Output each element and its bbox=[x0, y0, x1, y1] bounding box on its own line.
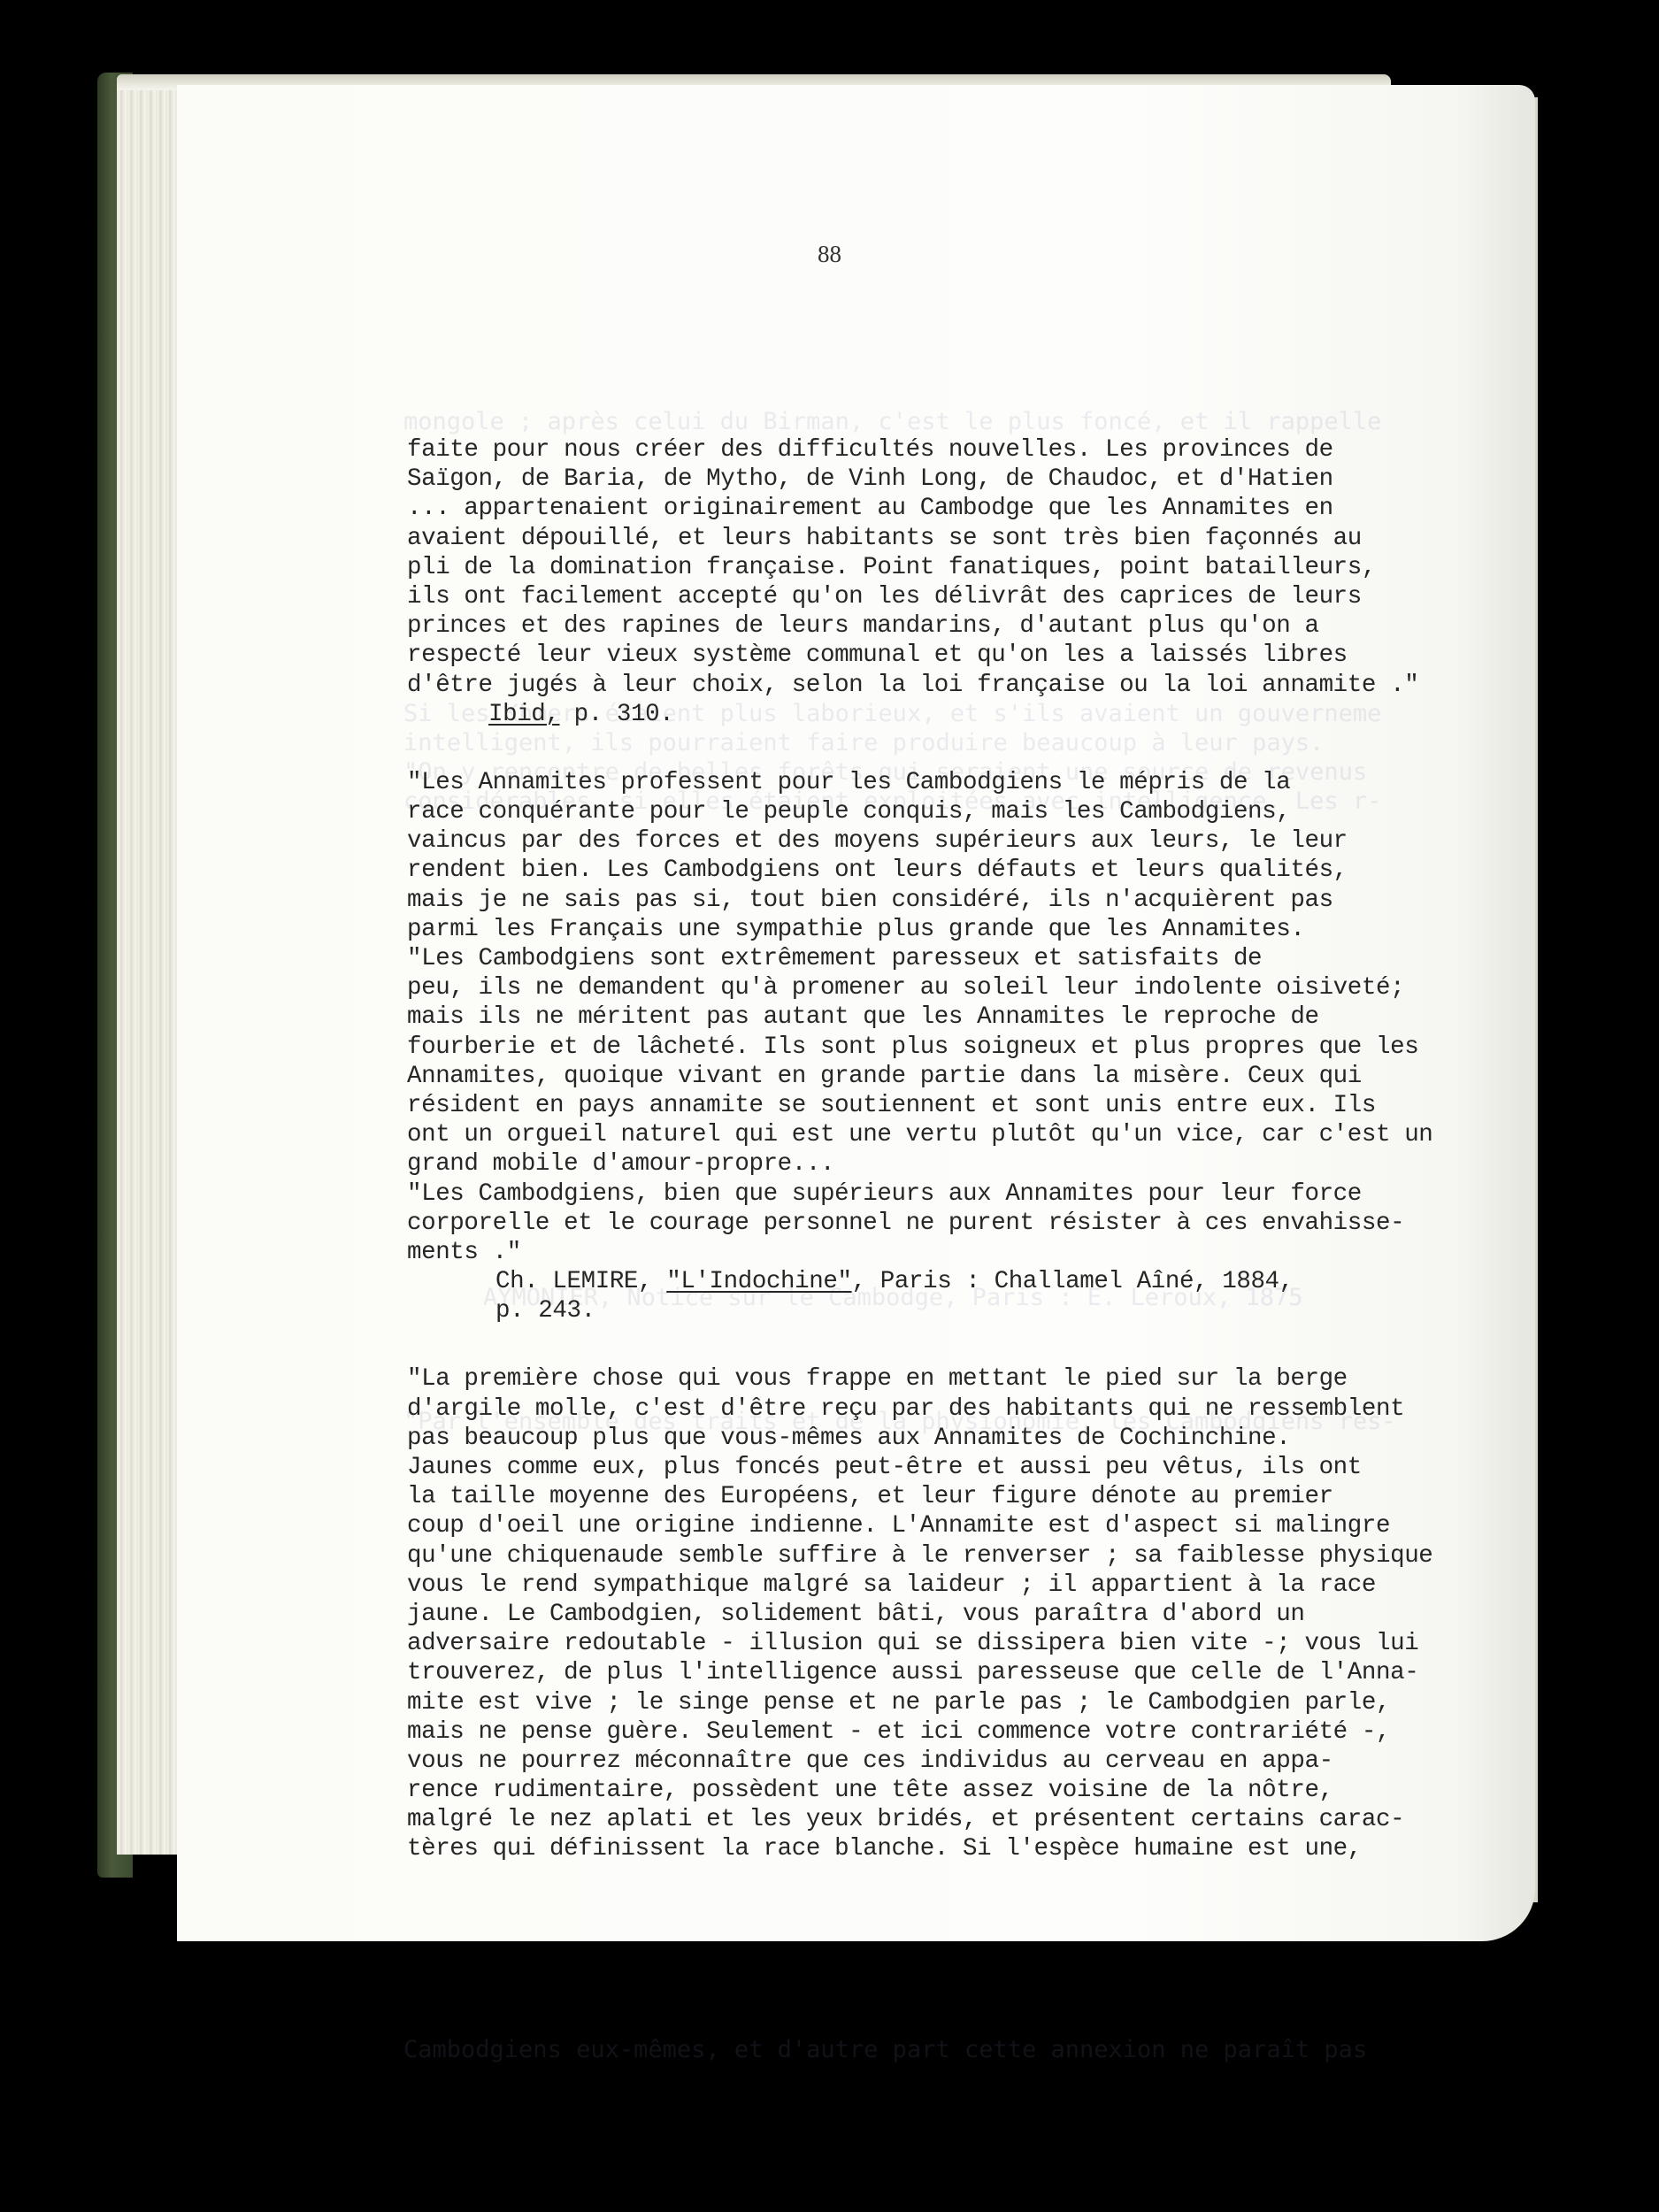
quote-block-3: "La première chose qui vous frappe en me… bbox=[407, 1364, 1557, 1863]
text-line: pli de la domination française. Point fa… bbox=[407, 553, 1557, 582]
text-line: princes et des rapines de leurs mandarin… bbox=[407, 611, 1557, 641]
spacer bbox=[407, 1325, 1557, 1364]
citation-source: Ibid, bbox=[488, 701, 560, 728]
text-line: mite est vive ; le singe pense et ne par… bbox=[407, 1688, 1557, 1717]
page-number: 88 bbox=[0, 241, 1659, 268]
text-line: coup d'oeil une origine indienne. L'Anna… bbox=[407, 1511, 1557, 1540]
text-line: Annamites, quoique vivant en grande part… bbox=[407, 1062, 1557, 1091]
text-line: la taille moyenne des Européens, et leur… bbox=[407, 1482, 1557, 1511]
spacer bbox=[407, 729, 1557, 768]
quote-block-2: "Les Annamites professent pour les Cambo… bbox=[407, 768, 1557, 1326]
text-line: peu, ils ne demandent qu'à promener au s… bbox=[407, 973, 1557, 1002]
citation-page: p. 243. bbox=[407, 1296, 1557, 1325]
text-line: d'argile molle, c'est d'être reçu par de… bbox=[407, 1394, 1557, 1424]
text-line: "Les Cambodgiens sont extrêmement paress… bbox=[407, 944, 1557, 973]
text-line: respecté leur vieux système communal et … bbox=[407, 641, 1557, 670]
text-line: mais ils ne méritent pas autant que les … bbox=[407, 1002, 1557, 1032]
text-line: vous le rend sympathique malgré sa laide… bbox=[407, 1571, 1557, 1600]
text-line: corporelle et le courage personnel ne pu… bbox=[407, 1209, 1557, 1238]
page-body: faite pour nous créer des difficultés no… bbox=[407, 435, 1557, 1864]
text-line: trouverez, de plus l'intelligence aussi … bbox=[407, 1658, 1557, 1687]
text-line: avaient dépouillé, et leurs habitants se… bbox=[407, 524, 1557, 553]
bleed-line: Cambodgiens eux-mêmes, et d'autre part c… bbox=[403, 2035, 1367, 2064]
text-line: ... appartenaient originairement au Camb… bbox=[407, 494, 1557, 523]
text-line: adversaire redoutable - illusion qui se … bbox=[407, 1629, 1557, 1658]
citation-ibid: Ibid, p. 310. bbox=[407, 700, 1557, 729]
text-line: résident en pays annamite se soutiennent… bbox=[407, 1091, 1557, 1120]
citation-lemire: Ch. LEMIRE, "L'Indochine", Paris : Chall… bbox=[407, 1267, 1557, 1296]
text-line: "La première chose qui vous frappe en me… bbox=[407, 1364, 1557, 1394]
text-line: ments ." bbox=[407, 1238, 1557, 1267]
text-line: vaincus par des forces et des moyens sup… bbox=[407, 826, 1557, 856]
text-line: pas beaucoup plus que vous-mêmes aux Ann… bbox=[407, 1424, 1557, 1453]
text-line: race conquérante pour le peuple conquis,… bbox=[407, 797, 1557, 826]
text-line: Jaunes comme eux, plus foncés peut-être … bbox=[407, 1453, 1557, 1482]
text-line: qu'une chiquenaude semble suffire à le r… bbox=[407, 1541, 1557, 1571]
text-line: d'être jugés à leur choix, selon la loi … bbox=[407, 671, 1557, 700]
text-line: rence rudimentaire, possèdent une tête a… bbox=[407, 1776, 1557, 1805]
citation-page: p. 310. bbox=[560, 701, 674, 728]
citation-author: Ch. LEMIRE, bbox=[495, 1268, 666, 1295]
text-line: malgré le nez aplati et les yeux bridés,… bbox=[407, 1805, 1557, 1834]
citation-publisher: , Paris : Challamel Aîné, 1884, bbox=[852, 1268, 1294, 1295]
text-line: jaune. Le Cambodgien, solidement bâti, v… bbox=[407, 1600, 1557, 1629]
text-line: vous ne pourrez méconnaître que ces indi… bbox=[407, 1747, 1557, 1776]
text-line: mais ne pense guère. Seulement - et ici … bbox=[407, 1717, 1557, 1747]
text-line: Saïgon, de Baria, de Mytho, de Vinh Long… bbox=[407, 465, 1557, 494]
text-line: faite pour nous créer des difficultés no… bbox=[407, 435, 1557, 465]
citation-title: "L'Indochine" bbox=[666, 1268, 851, 1295]
text-line: parmi les Français une sympathie plus gr… bbox=[407, 915, 1557, 944]
text-line: fourberie et de lâcheté. Ils sont plus s… bbox=[407, 1033, 1557, 1062]
text-line: tères qui définissent la race blanche. S… bbox=[407, 1834, 1557, 1863]
text-line: mais je ne sais pas si, tout bien consid… bbox=[407, 886, 1557, 915]
text-line: grand mobile d'amour-propre... bbox=[407, 1149, 1557, 1179]
text-line: "Les Cambodgiens, bien que supérieurs au… bbox=[407, 1179, 1557, 1209]
text-line: ont un orgueil naturel qui est une vertu… bbox=[407, 1120, 1557, 1149]
text-line: ils ont facilement accepté qu'on les dél… bbox=[407, 582, 1557, 611]
text-line: rendent bien. Les Cambodgiens ont leurs … bbox=[407, 856, 1557, 885]
text-line: "Les Annamites professent pour les Cambo… bbox=[407, 768, 1557, 797]
quote-block-1: faite pour nous créer des difficultés no… bbox=[407, 435, 1557, 729]
